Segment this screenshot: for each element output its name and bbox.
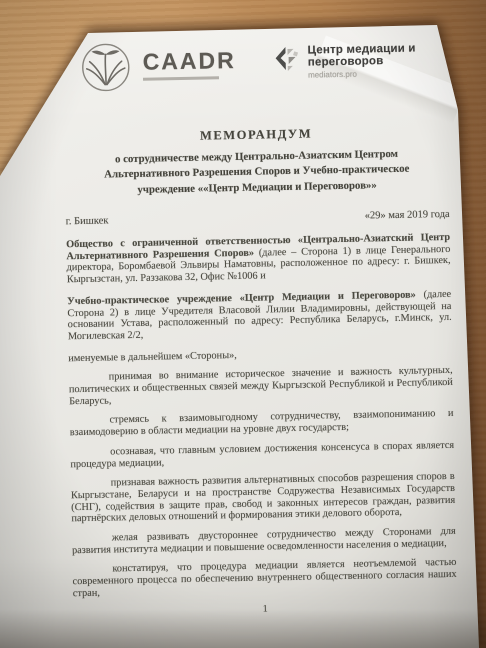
mediation-center-icon	[273, 45, 300, 73]
date-label: «29» мая 2019 года	[365, 209, 450, 222]
preamble-paragraph: констатируя, что процедура медиации явля…	[72, 557, 457, 599]
place-label: г. Бишкек	[66, 215, 109, 227]
caadr-wordmark: CAADR	[142, 49, 235, 74]
party2-paragraph: Учебно-практическое учреждение «Центр Ме…	[67, 289, 452, 343]
letterhead: CAADR	[80, 34, 447, 103]
preamble-paragraph: признавая важность развития альтернативн…	[71, 471, 456, 525]
mediation-center-logo: Центр медиации и переговоров mediators.p…	[273, 42, 447, 80]
party1-paragraph: Общество с ограниченной ответственностью…	[66, 232, 451, 286]
preamble-paragraph: принимая во внимание историческое значен…	[69, 365, 454, 407]
memorandum-title: МЕМОРАНДУМ	[64, 124, 448, 146]
document-content: CAADR	[26, 20, 469, 619]
preamble-paragraph: желая развивать двустороннее сотрудничес…	[72, 526, 456, 557]
paper-sheet-wrap: CAADR	[0, 0, 486, 648]
caadr-emblem-icon	[80, 42, 131, 93]
paper-sheet: CAADR	[0, 0, 486, 648]
named-clause: именуемые в дальнейшем «Стороны»,	[68, 345, 452, 364]
photo-of-memorandum: CAADR	[0, 0, 486, 648]
preamble-paragraph: осознавая, что главным условием достижен…	[70, 440, 454, 471]
mediation-center-title: Центр медиации и переговоров	[307, 42, 446, 69]
memorandum-subtitle: о сотрудничестве между Центрально-Азиатс…	[80, 146, 433, 199]
stray-mark	[31, 47, 58, 51]
mediation-center-url: mediators.pro	[308, 68, 447, 80]
place-date-row: г. Бишкек «29» мая 2019 года	[66, 209, 450, 227]
caadr-logo: CAADR	[80, 38, 236, 93]
caadr-text-block: CAADR	[142, 49, 236, 80]
mediation-text-block: Центр медиации и переговоров mediators.p…	[307, 42, 447, 80]
page-number: 1	[73, 599, 457, 617]
preamble-paragraph: стремясь к взаимовыгодному сотрудничеств…	[69, 408, 453, 439]
caadr-tagline	[143, 77, 219, 81]
